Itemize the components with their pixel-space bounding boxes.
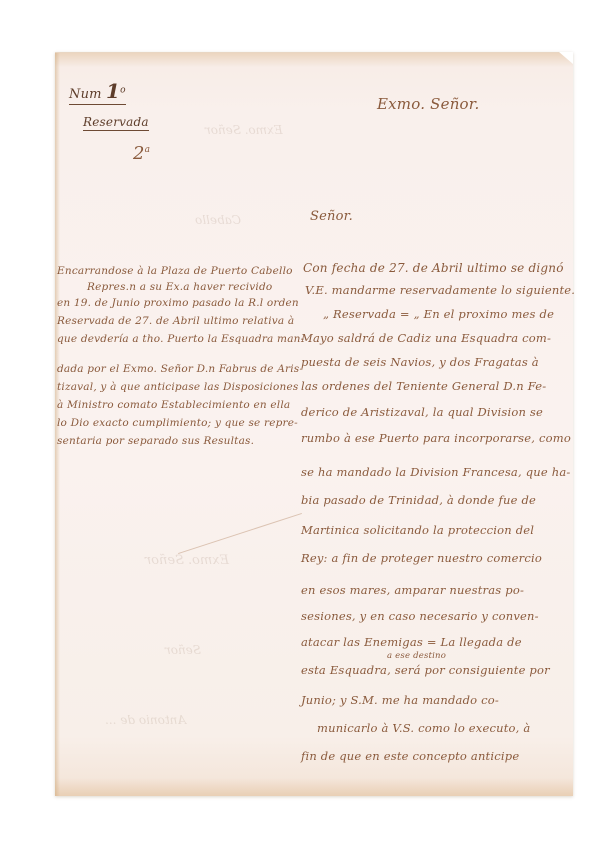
body-line: municarlo à V.S. como lo executo, à [317,721,530,735]
salutation-title: Exmo. Señor. [377,95,479,113]
body-line: derico de Aristizaval, la qual Division … [301,405,543,419]
bleed-through-text: Antonio de ... [105,713,186,727]
torn-corner [559,52,573,64]
body-line: atacar las Enemigas = La llegada de [301,635,522,649]
reservada-annotation: Reservada [83,115,149,131]
body-line: en esos mares, amparar nuestras po- [301,583,524,597]
interlinear-insertion: a ese destino [387,651,446,661]
bleed-through-text: Cabello [195,213,241,227]
body-line: se ha mandado la Division Francesa, que … [301,465,570,479]
document-number: Num 1o [69,79,126,105]
sequence-suffix: a [145,145,151,155]
number-value: 1 [106,79,120,103]
salutation-addressee: Señor. [310,209,353,224]
body-line: fin de que en este concepto anticipe [301,749,519,763]
body-line: V.E. mandarme reservadamente lo siguient… [305,283,575,297]
body-line: Rey: a fin de proteger nuestro comercio [301,551,542,565]
bleed-through-text: Señor [165,643,201,657]
body-line: esta Esquadra, será por consiguiente por [301,663,550,677]
body-line: puesta de seis Navios, y dos Fragatas à [301,355,539,369]
body-line: Martinica solicitando la proteccion del [301,523,534,537]
number-suffix: o [120,86,126,96]
body-line: Mayo saldrá de Cadiz una Esquadra com- [301,331,551,345]
body-line: Junio; y S.M. me ha mandado co- [301,693,499,707]
summary-line: tizaval, y à que anticipase las Disposic… [57,381,298,393]
summary-line: à Ministro comato Establecimiento en ell… [57,399,290,411]
summary-line: lo Dio exacto cumplimiento; y que se rep… [57,417,298,429]
summary-line: que devdería a tho. Puerto la Esquadra m… [57,333,304,345]
summary-line: en 19. de Junio proximo pasado la R.l or… [57,297,299,309]
body-line: bia pasado de Trinidad, à donde fue de [301,493,536,507]
bleed-through-text: Exmo. Señor [145,553,229,568]
body-line: las ordenes del Teniente General D.n Fe- [301,379,546,393]
manuscript-page: Exmo. Señor Cabello Exmo. Señor Señor An… [55,52,573,796]
body-line: rumbo à ese Puerto para incorporarse, co… [301,431,571,445]
summary-line: dada por el Exmo. Señor D.n Fabrus de Ar… [57,363,303,375]
body-line: „ Reservada = „ En el proximo mes de [323,307,554,321]
summary-line: Encarrandose à la Plaza de Puerto Cabell… [57,265,293,277]
bleed-through-text: Exmo. Señor [205,123,283,137]
body-line: sesiones, y en caso necesario y conven- [301,609,539,623]
paper-crease [178,513,302,554]
sequence-number: 2a [133,143,150,164]
summary-line: Repres.n a su Ex.a haver recivido [87,281,272,293]
summary-line: Reservada de 27. de Abril ultimo relativ… [57,315,294,327]
sequence-value: 2 [133,143,145,164]
body-line: Con fecha de 27. de Abril ultimo se dign… [303,261,564,275]
summary-line: sentaria por separado sus Resultas. [57,435,254,447]
number-label: Num [69,87,102,102]
